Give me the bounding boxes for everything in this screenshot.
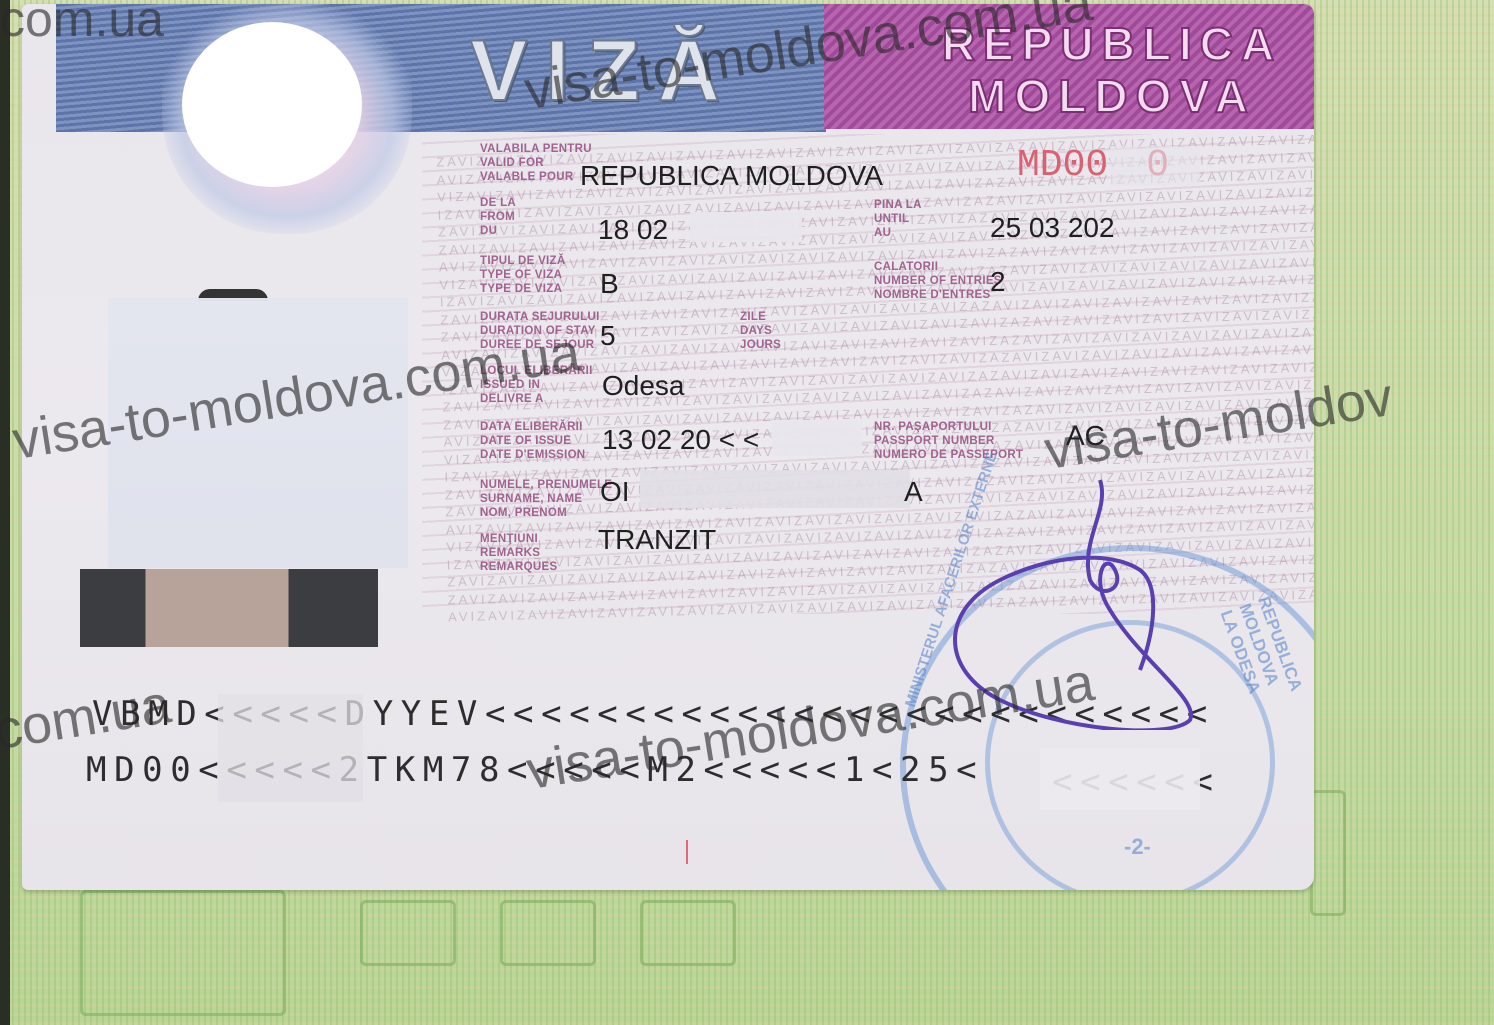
redaction-box [772, 420, 862, 456]
redacted-hologram [182, 22, 362, 187]
pen-mark [686, 840, 688, 864]
label-until: PINA LAUNTILAU [874, 198, 922, 240]
value-entries: 2 [990, 266, 1006, 298]
label-valid-for: VALABILA PENTRUVALID FORVALABLE POUR [480, 142, 592, 184]
label-passport-number: NR. PAŞAPORTULUIPASSPORT NUMBERNUMERO DE… [874, 420, 1023, 462]
redaction-box [1110, 146, 1200, 186]
label-date-of-issue: DATA ELIBERĂRIIDATE OF ISSUEDATE D'EMISS… [480, 420, 585, 462]
country-title-line2: MOLDOVA [922, 70, 1302, 122]
stamp-number: -2- [1124, 834, 1151, 860]
label-days: ZILEDAYSJOURS [740, 310, 781, 352]
page-ornament [640, 900, 736, 966]
value-name-end: A [904, 476, 923, 508]
value-valid-for: REPUBLICA MOLDOVA [580, 160, 883, 192]
label-remarks: MENŢIUNIREMARKSREMARQUES [480, 532, 557, 574]
value-name: OI [600, 476, 630, 508]
page-ornament [1310, 790, 1346, 916]
value-issued-in: Odesa [602, 370, 685, 402]
mrz-redaction [1040, 748, 1200, 810]
value-from: 18 02 [598, 214, 668, 246]
holder-photo [80, 569, 378, 647]
page-ornament [80, 890, 286, 1016]
page-ornament [500, 900, 596, 966]
value-visa-type: B [600, 268, 619, 300]
redaction-box [640, 470, 910, 508]
label-visa-type: TIPUL DE VIZĂTYPE OF VIZATYPE DE VIZA [480, 254, 565, 296]
label-entries: CALATORIINUMBER OF ENTRIESNOMBRE D'ENTRE… [874, 260, 1002, 302]
value-duration: 5 [600, 320, 616, 352]
label-from: DE LAFROMDU [480, 196, 516, 238]
watermark-com: com.ua [0, 0, 164, 48]
mrz-redaction [218, 694, 363, 802]
value-until: 25 03 202 [990, 212, 1115, 244]
page-ornament [360, 900, 456, 966]
label-name: NUMELE, PRENUMELESURNAME, NAMENOM, PRENO… [480, 478, 612, 520]
value-remarks: TRANZIT [598, 524, 716, 556]
value-date-of-issue: 13 02 20 < < [602, 424, 759, 456]
redaction-box [690, 212, 802, 242]
passport-page-edge [0, 0, 10, 1025]
